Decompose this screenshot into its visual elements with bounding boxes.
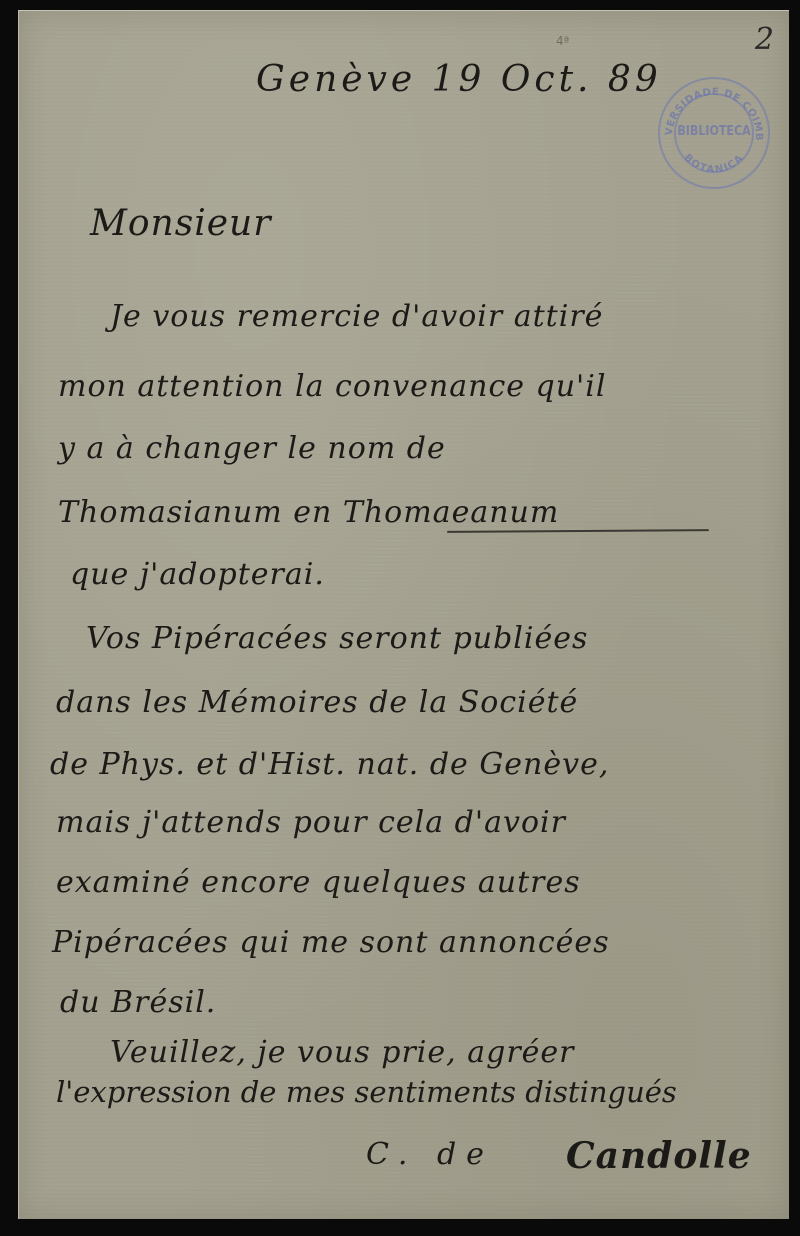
signature-initial: C. de (366, 1140, 494, 1170)
letter-line-8: de Phys. et d'Hist. nat. de Genève, (50, 750, 609, 780)
pencil-annotation: 4ª (556, 34, 569, 48)
letter-line-3: y a à changer le nom de (58, 434, 446, 464)
place-date: Genève 19 Oct. 89 (256, 62, 662, 98)
letter-line-2: mon attention la convenance qu'il (58, 372, 607, 402)
stamp-center-label: BIBLIOTECA (668, 124, 760, 139)
letter-line-13: Veuillez, je vous prie, agréer (110, 1038, 575, 1068)
signature-name: Candolle (566, 1138, 752, 1174)
letter-line-12: du Brésil. (60, 988, 216, 1018)
letter-line-14: l'expression de mes sentiments distingué… (56, 1078, 677, 1107)
letter-line-4: Thomasianum en Thomaeanum (58, 498, 559, 528)
letter-line-5: que j'adopterai. (70, 560, 325, 590)
letter-line-1: Je vous remercie d'avoir attiré (110, 302, 603, 332)
letter-line-11: Pipéracées qui me sont annoncées (52, 928, 610, 958)
letter-line-7: dans les Mémoires de la Société (56, 688, 578, 718)
letter-line-9: mais j'attends pour cela d'avoir (56, 808, 566, 838)
letter-line-10: examiné encore quelques autres (56, 868, 581, 898)
salutation: Monsieur (90, 206, 271, 242)
letter-line-6: Vos Pipéracées seront publiées (86, 624, 588, 654)
folio-number: 2 (755, 22, 774, 57)
library-stamp: UNIVERSIDADE DE COIMBRA BOTANICA BIBLIOT… (658, 77, 770, 189)
